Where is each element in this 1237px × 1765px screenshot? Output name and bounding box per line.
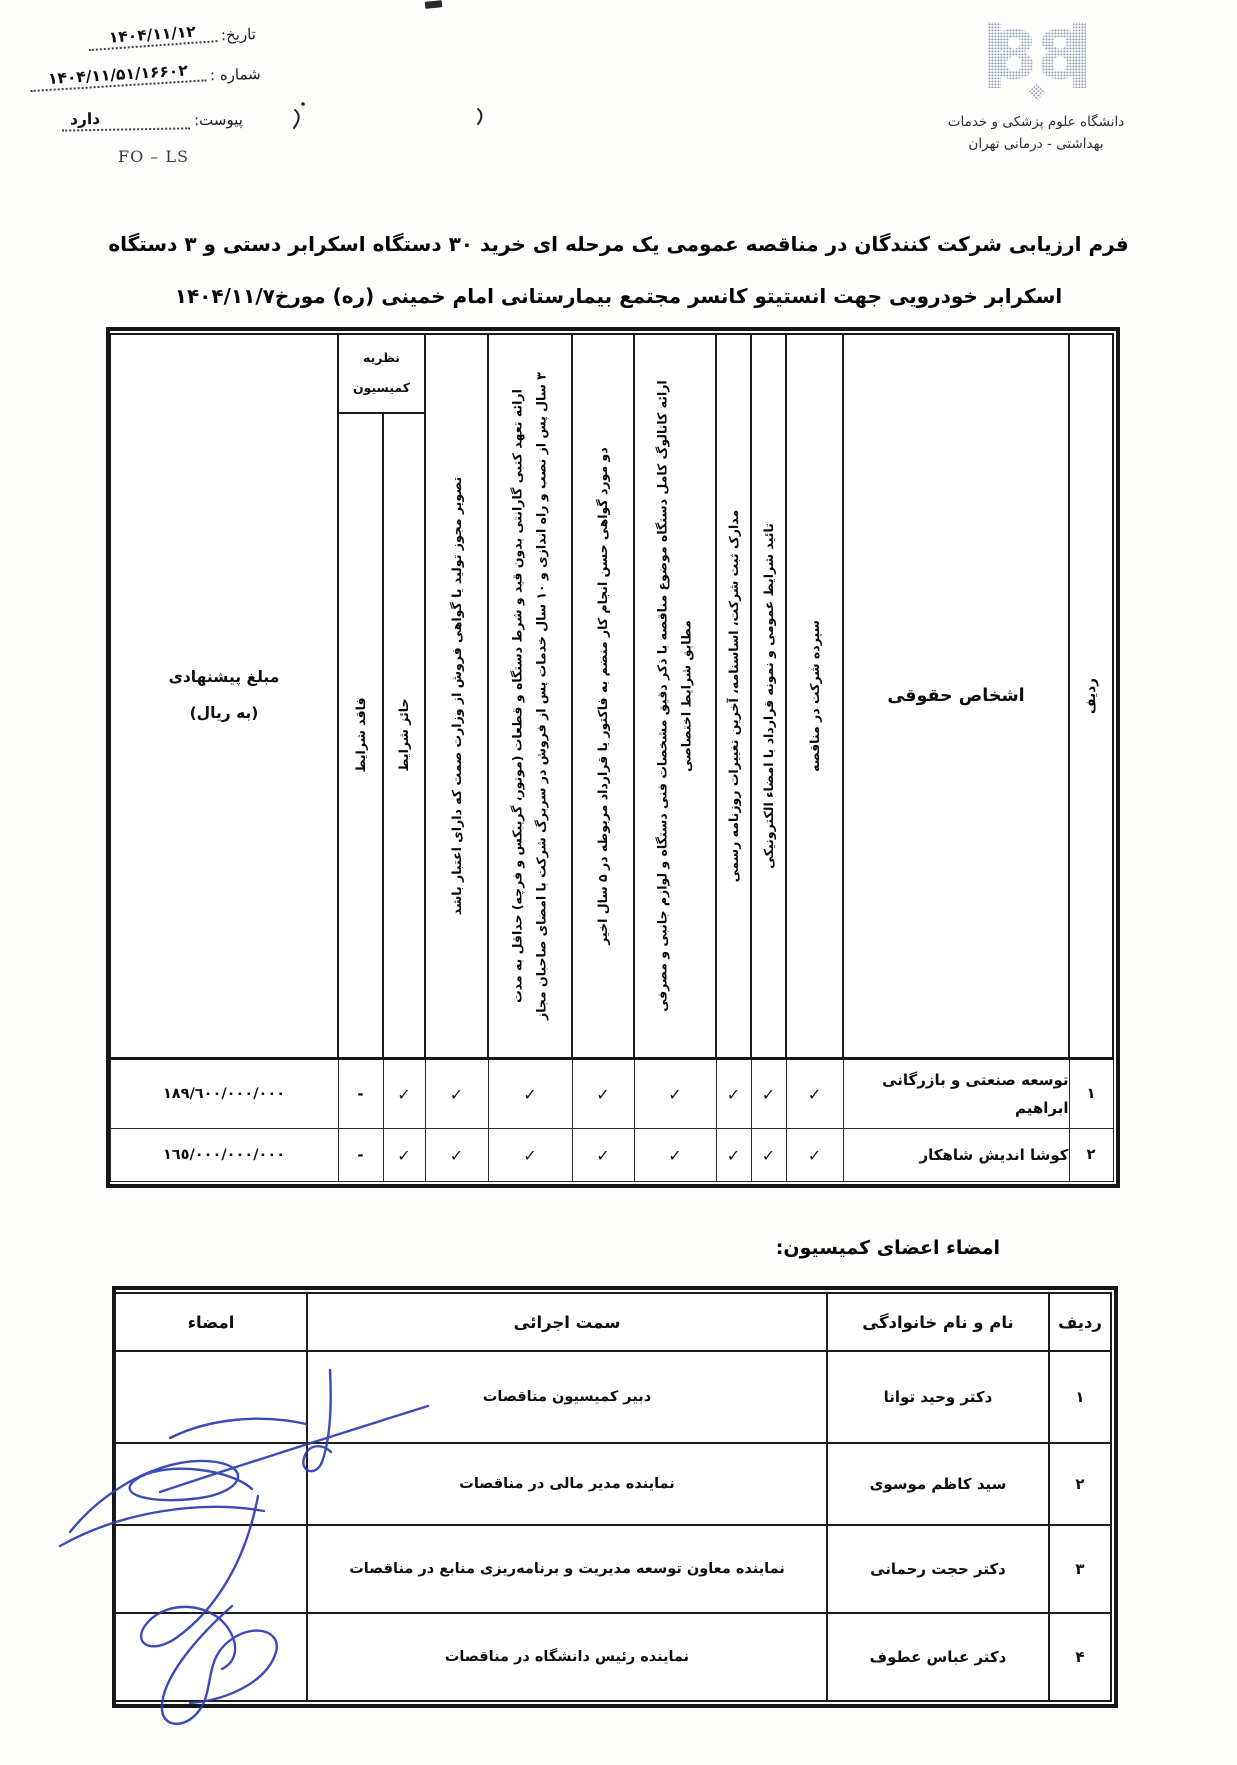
pen-mark	[294, 102, 481, 128]
committee-row: ۳ دکتر حجت رحمانی نماینده معاون توسعه مد…	[115, 1525, 1111, 1613]
committee-row: ۱ دکتر وحید توانا دبیر کمیسیون مناقصات	[115, 1351, 1111, 1443]
check-cell: ✓	[716, 1059, 751, 1129]
header-criterion-warranty: ارائه تعهد کتبی گارانتی بدون قید و شرط د…	[488, 334, 572, 1059]
check-cell: ✓	[716, 1129, 751, 1182]
signature-cell	[115, 1525, 307, 1613]
header-criterion-deposit: سپرده شرکت در مناقصه	[786, 334, 843, 1059]
university-logo: 88	[985, 14, 1089, 110]
row-number: ۲	[1069, 1129, 1113, 1182]
committee-member-role: دبیر کمیسیون مناقصات	[307, 1351, 827, 1443]
date-field: تاریخ: ۱۴۰۴/۱۱/۱۲	[88, 23, 257, 49]
evaluation-table-frame: ردیف اشخاص حقوقی سپرده شرکت در مناقصه تا…	[106, 327, 1120, 1188]
signature-cell	[115, 1613, 307, 1701]
check-cell: ✓	[786, 1059, 843, 1129]
table-row: ۲ کوشا اندیش شاهکار ✓ ✓ ✓ ✓ ✓ ✓ ✓ ✓ - ١٦…	[110, 1129, 1113, 1182]
committee-member-role: نماینده رئیس دانشگاه در مناقصات	[307, 1613, 827, 1701]
header-proposed-price: مبلغ پیشنهادی (به ریال)	[110, 334, 338, 1059]
committee-header-row-number: ردیف	[1049, 1293, 1111, 1351]
number-field: شماره : ۱۴۰۴/۱۱/۵۱/۱۶۶۰۲	[30, 63, 261, 89]
university-name: دانشگاه علوم پزشکی و خدمات بهداشتی - درم…	[938, 112, 1134, 155]
attachment-label: پیوست:	[194, 110, 243, 129]
header-not-qualified-label: فاقد شرایط	[348, 435, 372, 1035]
company-name: کوشا اندیش شاهکار	[843, 1129, 1069, 1182]
check-cell: ✓	[751, 1059, 786, 1129]
check-cell: ✓	[634, 1129, 716, 1182]
university-name-line1: دانشگاه علوم پزشکی و خدمات	[938, 112, 1134, 134]
header-row-number-label: ردیف	[1078, 636, 1104, 756]
committee-row-number: ۲	[1049, 1443, 1111, 1525]
check-cell: ✓	[425, 1059, 488, 1129]
committee-table: ردیف نام و نام خانوادگی سمت اجرائی امضاء…	[114, 1292, 1112, 1702]
committee-row-number: ۱	[1049, 1351, 1111, 1443]
date-label: تاریخ:	[221, 25, 257, 44]
form-code: FO – LS	[118, 147, 189, 166]
qualified-cell: ✓	[383, 1129, 425, 1182]
committee-member-role: نماینده مدیر مالی در مناقصات	[307, 1443, 827, 1525]
check-cell: ✓	[786, 1129, 843, 1182]
header-criterion-warranty-label: ارائه تعهد کتبی گارانتی بدون قید و شرط د…	[506, 346, 555, 1046]
number-label: شماره :	[210, 65, 261, 84]
header-criterion-catalog: ارائه کاتالوگ کامل دستگاه موضوع مناقصه ب…	[634, 334, 716, 1059]
committee-member-name: دکتر وحید توانا	[827, 1351, 1049, 1443]
row-number: ۱	[1069, 1059, 1113, 1129]
check-cell: ✓	[488, 1059, 572, 1129]
svg-text:88: 88	[991, 17, 1083, 94]
header-criterion-deposit-label: سپرده شرکت در مناقصه	[802, 346, 826, 1046]
committee-member-role: نماینده معاون توسعه مدیریت و برنامه‌ریزی…	[307, 1525, 827, 1613]
not-qualified-cell: -	[338, 1059, 383, 1129]
signature-cell	[115, 1351, 307, 1443]
committee-member-name: دکتر عباس عطوف	[827, 1613, 1049, 1701]
header-criterion-catalog-label: ارائه کاتالوگ کامل دستگاه موضوع مناقصه ب…	[651, 346, 700, 1046]
check-cell: ✓	[425, 1129, 488, 1182]
header-criterion-general-terms: تائید شرایط عمومی و نمونه قرارداد با امض…	[751, 334, 786, 1059]
committee-member-name: سید کاظم موسوی	[827, 1443, 1049, 1525]
header-not-qualified: فاقد شرایط	[338, 413, 383, 1059]
attachment-field: پیوست: دارد	[62, 108, 243, 131]
header-criterion-registration-docs: مدارک ثبت شرکت، اساسنامه، آخرین تغییرات …	[716, 334, 751, 1059]
university-name-line2: بهداشتی - درمانی تهران	[938, 134, 1134, 156]
university-logo-icon: 88	[985, 14, 1089, 110]
header-qualified-label: حائز شرایط	[392, 435, 416, 1035]
check-cell: ✓	[572, 1059, 634, 1129]
header-criterion-general-terms-label: تائید شرایط عمومی و نمونه قرارداد با امض…	[756, 346, 780, 1046]
committee-signatures-heading: امضاء اعضای کمیسیون:	[776, 1237, 1000, 1259]
evaluation-table: ردیف اشخاص حقوقی سپرده شرکت در مناقصه تا…	[109, 333, 1114, 1182]
check-cell: ✓	[488, 1129, 572, 1182]
form-title-line1: فرم ارزیابی شرکت کنندگان در مناقصه عمومی…	[60, 218, 1177, 270]
header-company: اشخاص حقوقی	[843, 334, 1069, 1059]
scan-artifact-mark	[425, 0, 443, 9]
committee-row: ۴ دکتر عباس عطوف نماینده رئیس دانشگاه در…	[115, 1613, 1111, 1701]
committee-row-number: ۴	[1049, 1613, 1111, 1701]
form-title-line2: اسکرابر خودرویی جهت انستیتو کانسر مجتمع …	[60, 270, 1177, 322]
check-cell: ✓	[572, 1129, 634, 1182]
committee-header-name: نام و نام خانوادگی	[827, 1293, 1049, 1351]
header-criterion-registration-docs-label: مدارک ثبت شرکت، اساسنامه، آخرین تغییرات …	[721, 346, 745, 1046]
price-cell: ١٨٩/٦٠٠/٠٠٠/٠٠٠	[110, 1059, 338, 1129]
header-criterion-production-license-label: تصویر مجوز تولید یا گواهی فروش از وزارت …	[444, 346, 468, 1046]
header-criterion-good-performance: دو مورد گواهی حسن انجام کار منضم به فاکت…	[572, 334, 634, 1059]
price-cell: ١٦٥/٠٠٠/٠٠٠/٠٠٠	[110, 1129, 338, 1182]
header-row-number: ردیف	[1069, 334, 1113, 1059]
attachment-value: دارد	[62, 109, 190, 131]
header-commission-opinion: نظریه کمیسیون	[338, 334, 425, 413]
committee-row: ۲ سید کاظم موسوی نماینده مدیر مالی در من…	[115, 1443, 1111, 1525]
committee-header-role: سمت اجرائی	[307, 1293, 827, 1351]
committee-table-frame: ردیف نام و نام خانوادگی سمت اجرائی امضاء…	[112, 1286, 1118, 1708]
header-commission-opinion-label: نظریه کمیسیون	[339, 335, 424, 411]
header-qualified: حائز شرایط	[383, 413, 425, 1059]
header-criterion-good-performance-label: دو مورد گواهی حسن انجام کار منضم به فاکت…	[591, 346, 615, 1046]
committee-row-number: ۳	[1049, 1525, 1111, 1613]
check-cell: ✓	[751, 1129, 786, 1182]
date-value: ۱۴۰۴/۱۱/۱۲	[87, 22, 217, 51]
header-criterion-production-license: تصویر مجوز تولید یا گواهی فروش از وزارت …	[425, 334, 488, 1059]
check-cell: ✓	[634, 1059, 716, 1129]
committee-header-signature: امضاء	[115, 1293, 307, 1351]
committee-member-name: دکتر حجت رحمانی	[827, 1525, 1049, 1613]
not-qualified-cell: -	[338, 1129, 383, 1182]
signature-cell	[115, 1443, 307, 1525]
qualified-cell: ✓	[383, 1059, 425, 1129]
number-value: ۱۴۰۴/۱۱/۵۱/۱۶۶۰۲	[30, 61, 207, 92]
table-row: ۱ توسعه صنعتی و بازرگانی ابراهیم ✓ ✓ ✓ ✓…	[110, 1059, 1113, 1129]
company-name: توسعه صنعتی و بازرگانی ابراهیم	[843, 1059, 1069, 1129]
form-title: فرم ارزیابی شرکت کنندگان در مناقصه عمومی…	[60, 218, 1177, 322]
